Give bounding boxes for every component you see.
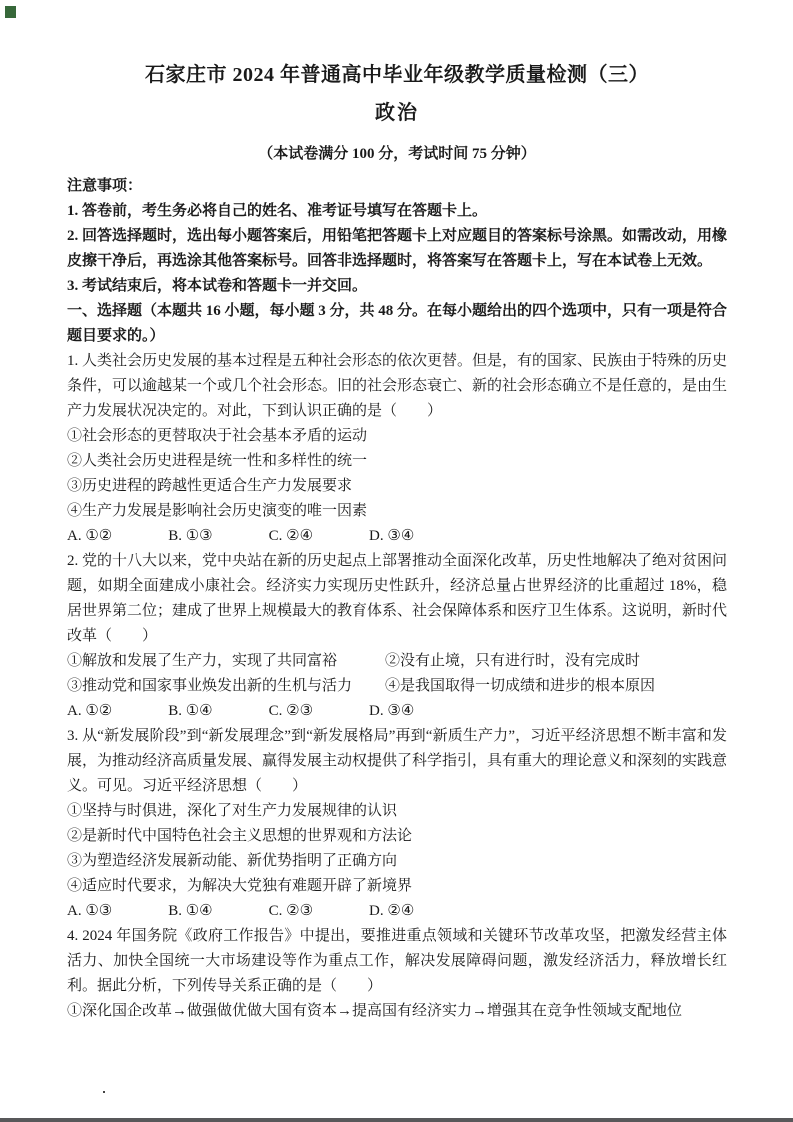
question-1-option-1: ①社会形态的更替取决于社会基本矛盾的运动 — [67, 424, 727, 449]
question-2-option-2: ②没有止境，只有进行时，没有完成时 — [385, 649, 727, 674]
question-2-option-row-1: ①解放和发展了生产力，实现了共同富裕 ②没有止境，只有进行时，没有完成时 — [67, 649, 727, 674]
question-3-option-2: ②是新时代中国特色社会主义思想的世界观和方法论 — [67, 824, 727, 849]
choice-a: A. ①③ — [67, 899, 112, 924]
question-1: 1. 人类社会历史发展的基本过程是五种社会形态的依次更替。但是，有的国家、民族由… — [67, 349, 727, 549]
page-speck — [103, 1091, 105, 1093]
question-4: 4. 2024 年国务院《政府工作报告》中提出，要推进重点领域和关键环节改革攻坚… — [67, 924, 727, 1024]
question-1-option-4: ④生产力发展是影响社会历史演变的唯一因素 — [67, 499, 727, 524]
choice-b: B. ①③ — [168, 524, 212, 549]
question-3-choices: A. ①③ B. ①④ C. ②③ D. ②④ — [67, 899, 727, 924]
exam-paper-page: 石家庄市 2024 年普通高中毕业年级教学质量检测（三） 政治 （本试卷满分 1… — [0, 0, 793, 1122]
question-2-stem: 2. 党的十八大以来，党中央站在新的历史起点上部署推动全面深化改革，历史性地解决… — [67, 549, 727, 649]
choice-c: C. ②③ — [269, 699, 313, 724]
notices-block: 注意事项： 1. 答卷前，考生务必将自己的姓名、准考证号填写在答题卡上。 2. … — [67, 174, 727, 299]
question-2-option-row-2: ③推动党和国家事业焕发出新的生机与活力 ④是我国取得一切成绩和进步的根本原因 — [67, 674, 727, 699]
question-1-option-2: ②人类社会历史进程是统一性和多样性的统一 — [67, 449, 727, 474]
choice-d: D. ③④ — [369, 524, 414, 549]
question-2-option-1: ①解放和发展了生产力，实现了共同富裕 — [67, 649, 385, 674]
question-4-option-1: ①深化国企改革→做强做优做大国有资本→提高国有经济实力→增强其在竞争性领域支配地… — [67, 999, 727, 1024]
question-1-option-3: ③历史进程的跨越性更适合生产力发展要求 — [67, 474, 727, 499]
question-4-stem: 4. 2024 年国务院《政府工作报告》中提出，要推进重点领域和关键环节改革攻坚… — [67, 924, 727, 999]
choice-b: B. ①④ — [168, 699, 212, 724]
choice-d: D. ②④ — [369, 899, 414, 924]
question-3-option-1: ①坚持与时俱进，深化了对生产力发展规律的认识 — [67, 799, 727, 824]
question-1-choices: A. ①② B. ①③ C. ②④ D. ③④ — [67, 524, 727, 549]
question-2-option-3: ③推动党和国家事业焕发出新的生机与活力 — [67, 674, 385, 699]
corner-mark — [5, 6, 16, 18]
notice-item-3: 3. 考试结束后，将本试卷和答题卡一并交回。 — [67, 274, 727, 299]
question-1-stem: 1. 人类社会历史发展的基本过程是五种社会形态的依次更替。但是，有的国家、民族由… — [67, 349, 727, 424]
notice-item-1: 1. 答卷前，考生务必将自己的姓名、准考证号填写在答题卡上。 — [67, 199, 727, 224]
notice-item-2: 2. 回答选择题时，选出每小题答案后，用铅笔把答题卡上对应题目的答案标号涂黑。如… — [67, 224, 727, 274]
question-2-option-4: ④是我国取得一切成绩和进步的根本原因 — [385, 674, 727, 699]
choice-a: A. ①② — [67, 524, 112, 549]
question-2: 2. 党的十八大以来，党中央站在新的历史起点上部署推动全面深化改革，历史性地解决… — [67, 549, 727, 724]
question-3-stem: 3. 从“新发展阶段”到“新发展理念”到“新发展格局”再到“新质生产力”，习近平… — [67, 724, 727, 799]
choice-c: C. ②④ — [269, 524, 313, 549]
section-heading: 一、选择题（本题共 16 小题，每小题 3 分，共 48 分。在每小题给出的四个… — [67, 299, 727, 349]
page-content: 石家庄市 2024 年普通高中毕业年级教学质量检测（三） 政治 （本试卷满分 1… — [0, 0, 793, 1024]
notices-heading: 注意事项： — [67, 174, 727, 199]
exam-info-line: （本试卷满分 100 分，考试时间 75 分钟） — [67, 142, 727, 166]
subject-title: 政治 — [67, 100, 727, 126]
question-2-choices: A. ①② B. ①④ C. ②③ D. ③④ — [67, 699, 727, 724]
choice-a: A. ①② — [67, 699, 112, 724]
question-3: 3. 从“新发展阶段”到“新发展理念”到“新发展格局”再到“新质生产力”，习近平… — [67, 724, 727, 924]
question-3-option-3: ③为塑造经济发展新动能、新优势指明了正确方向 — [67, 849, 727, 874]
choice-d: D. ③④ — [369, 699, 414, 724]
choice-c: C. ②③ — [269, 899, 313, 924]
choice-b: B. ①④ — [168, 899, 212, 924]
page-bottom-edge — [0, 1118, 793, 1122]
page-title: 石家庄市 2024 年普通高中毕业年级教学质量检测（三） — [67, 62, 727, 88]
question-3-option-4: ④适应时代要求，为解决大党独有难题开辟了新境界 — [67, 874, 727, 899]
